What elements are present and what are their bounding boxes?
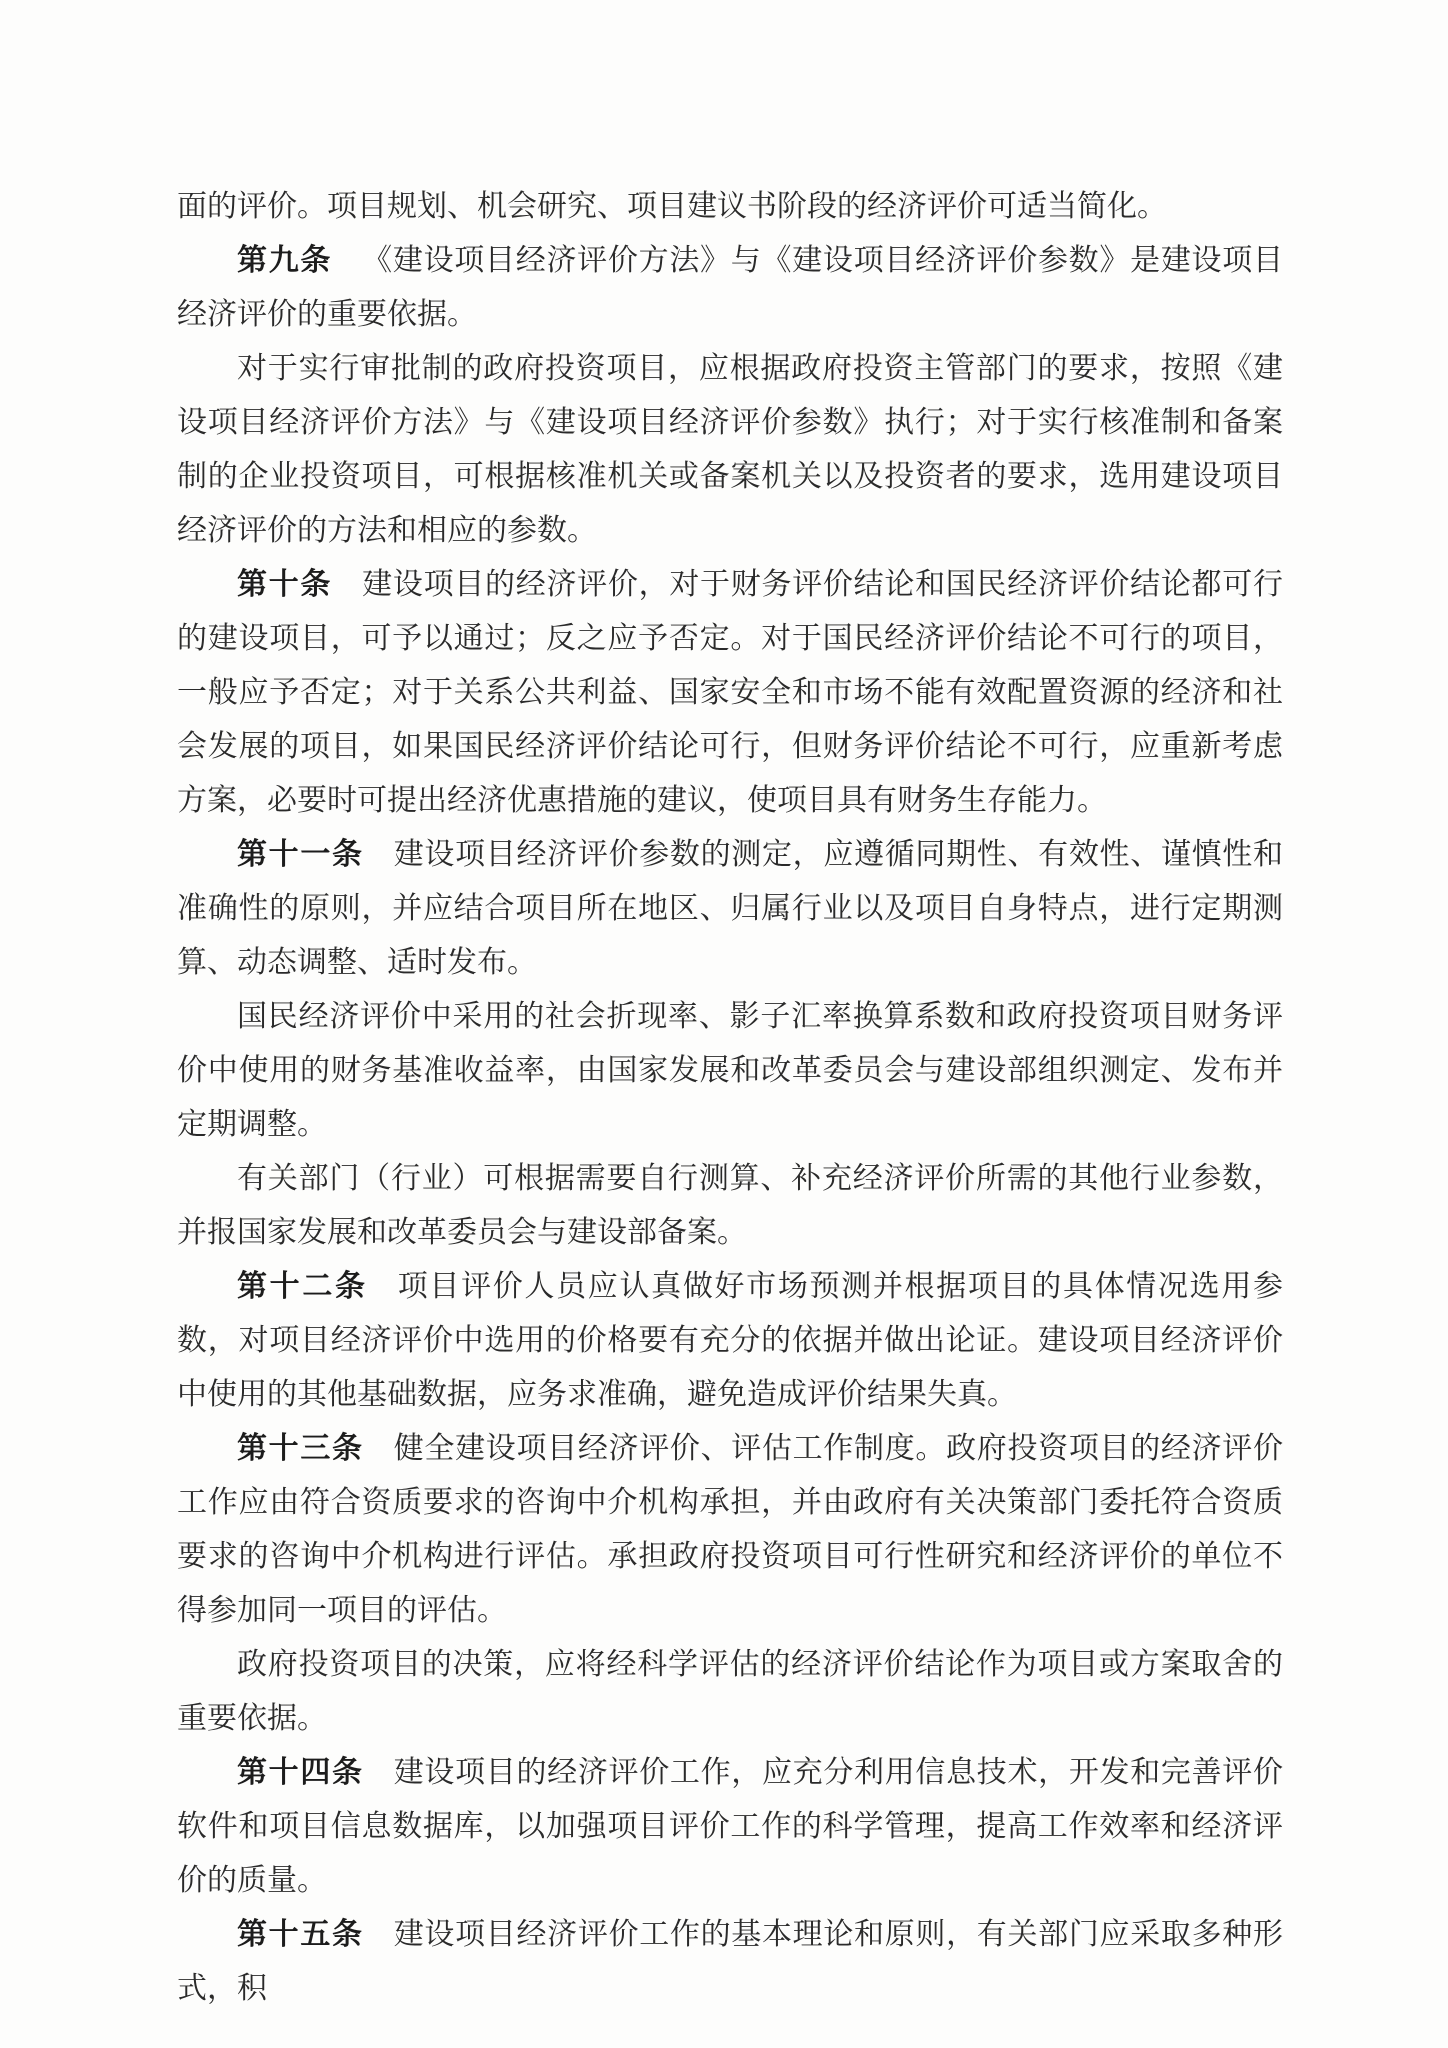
document-page: 面的评价。项目规划、机会研究、项目建议书阶段的经济评价可适当简化。第九条《建设项…	[0, 0, 1448, 2048]
article-9-number: 第九条	[237, 244, 332, 277]
article-11-paragraph-3-text: 有关部门（行业）可根据需要自行测算、补充经济评价所需的其他行业参数，并报国家发展…	[177, 1162, 1283, 1249]
document-body: 面的评价。项目规划、机会研究、项目建议书阶段的经济评价可适当简化。第九条《建设项…	[177, 180, 1283, 2016]
article-14-number: 第十四条	[237, 1756, 364, 1789]
paragraph-continuation: 面的评价。项目规划、机会研究、项目建议书阶段的经济评价可适当简化。	[177, 180, 1283, 234]
article-11-number: 第十一条	[237, 838, 364, 871]
article-12-number: 第十二条	[237, 1270, 368, 1303]
article-15: 第十五条建设项目经济评价工作的基本理论和原则，有关部门应采取多种形式，积	[177, 1908, 1283, 2016]
article-13-paragraph-2: 政府投资项目的决策，应将经科学评估的经济评价结论作为项目或方案取舍的重要依据。	[177, 1638, 1283, 1746]
article-9-text: 《建设项目经济评价方法》与《建设项目经济评价参数》是建设项目经济评价的重要依据。	[177, 244, 1283, 331]
article-10-text: 建设项目的经济评价，对于财务评价结论和国民经济评价结论都可行的建设项目，可予以通…	[177, 568, 1283, 817]
article-13: 第十三条健全建设项目经济评价、评估工作制度。政府投资项目的经济评价工作应由符合资…	[177, 1422, 1283, 1638]
article-14: 第十四条建设项目的经济评价工作，应充分利用信息技术，开发和完善评价软件和项目信息…	[177, 1746, 1283, 1908]
article-13-number: 第十三条	[237, 1432, 364, 1465]
paragraph-continuation-text: 面的评价。项目规划、机会研究、项目建议书阶段的经济评价可适当简化。	[177, 190, 1167, 223]
article-10-number: 第十条	[237, 568, 332, 601]
article-10: 第十条建设项目的经济评价，对于财务评价结论和国民经济评价结论都可行的建设项目，可…	[177, 558, 1283, 828]
article-9-paragraph-2-text: 对于实行审批制的政府投资项目，应根据政府投资主管部门的要求，按照《建设项目经济评…	[177, 352, 1283, 547]
article-15-number: 第十五条	[237, 1918, 364, 1951]
article-13-paragraph-2-text: 政府投资项目的决策，应将经科学评估的经济评价结论作为项目或方案取舍的重要依据。	[177, 1648, 1283, 1735]
article-11: 第十一条建设项目经济评价参数的测定，应遵循同期性、有效性、谨慎性和准确性的原则，…	[177, 828, 1283, 990]
article-11-paragraph-2: 国民经济评价中采用的社会折现率、影子汇率换算系数和政府投资项目财务评价中使用的财…	[177, 990, 1283, 1152]
article-9: 第九条《建设项目经济评价方法》与《建设项目经济评价参数》是建设项目经济评价的重要…	[177, 234, 1283, 342]
article-12: 第十二条项目评价人员应认真做好市场预测并根据项目的具体情况选用参数，对项目经济评…	[177, 1260, 1283, 1422]
article-11-paragraph-2-text: 国民经济评价中采用的社会折现率、影子汇率换算系数和政府投资项目财务评价中使用的财…	[177, 1000, 1283, 1141]
article-9-paragraph-2: 对于实行审批制的政府投资项目，应根据政府投资主管部门的要求，按照《建设项目经济评…	[177, 342, 1283, 558]
article-11-paragraph-3: 有关部门（行业）可根据需要自行测算、补充经济评价所需的其他行业参数，并报国家发展…	[177, 1152, 1283, 1260]
